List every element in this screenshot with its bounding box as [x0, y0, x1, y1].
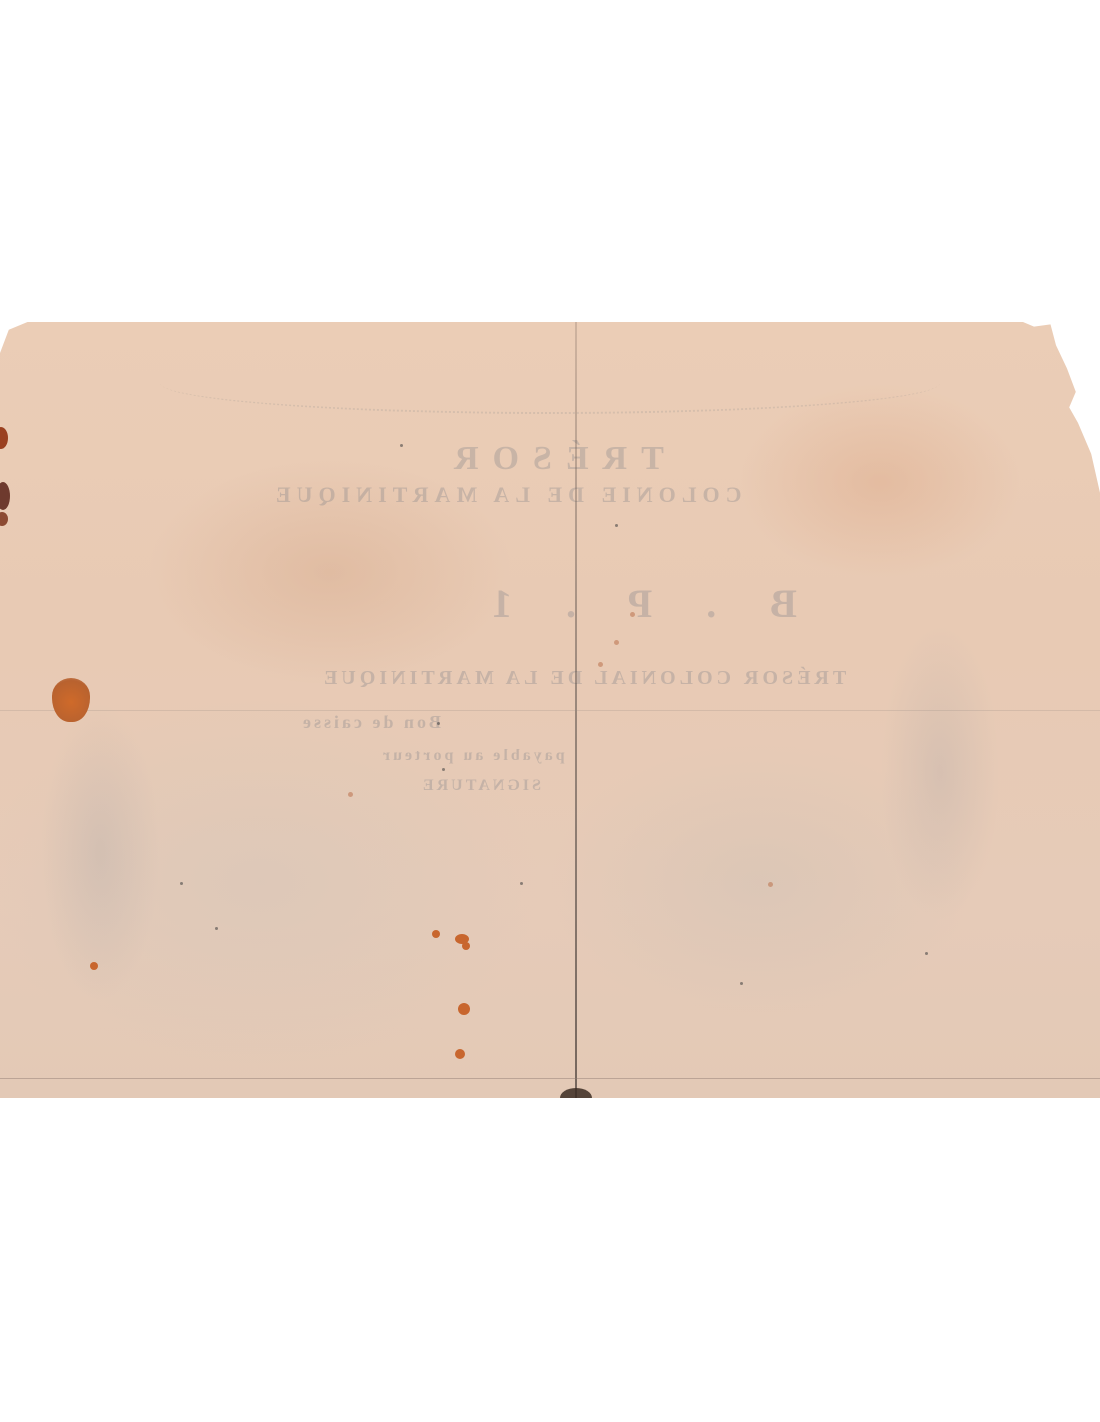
orange-fleck	[598, 662, 603, 667]
ghost-line-7: SIGNATURE	[420, 777, 541, 795]
horizontal-fold-crease	[0, 710, 1100, 711]
ghost-serial: B . P . 1	[470, 580, 797, 627]
ghost-subtitle: COLONIE DE LA MARTINIQUE	[270, 482, 741, 508]
rust-spot	[462, 942, 470, 950]
ghost-line-5: Bon de caisse	[300, 712, 441, 733]
faded-palm-right	[880, 622, 1000, 922]
rust-stain-large	[52, 678, 90, 722]
dirt-speck	[180, 882, 183, 885]
ghost-title: TRÉSOR	[440, 440, 664, 478]
ghost-line-6: payable au porteur	[380, 747, 565, 765]
orange-fleck	[768, 882, 773, 887]
orange-fleck	[614, 640, 619, 645]
bottom-fold-crease	[0, 1078, 1100, 1079]
dirt-speck	[520, 882, 523, 885]
rust-spot	[458, 1003, 470, 1015]
orange-fleck	[630, 612, 635, 617]
bottom-tear-hole	[560, 1088, 592, 1108]
edge-stain	[0, 482, 10, 510]
edge-stain	[0, 427, 8, 449]
edge-stain	[0, 512, 8, 526]
rust-spot	[455, 1049, 465, 1059]
dirt-speck	[400, 444, 403, 447]
faded-palm-left	[40, 702, 160, 1002]
dirt-speck	[740, 982, 743, 985]
dirt-speck	[615, 524, 618, 527]
dirt-speck	[442, 768, 445, 771]
orange-fleck	[348, 792, 353, 797]
ghost-line-4: TRÉSOR COLONIAL DE LA MARTINIQUE	[320, 667, 846, 690]
banknote-paper: TRÉSOR COLONIE DE LA MARTINIQUE B . P . …	[0, 322, 1100, 1098]
faded-ornament-border	[160, 352, 940, 414]
dirt-speck	[925, 952, 928, 955]
dirt-speck	[437, 722, 440, 725]
dirt-speck	[215, 927, 218, 930]
rust-spot	[90, 962, 98, 970]
rust-spot	[432, 930, 440, 938]
